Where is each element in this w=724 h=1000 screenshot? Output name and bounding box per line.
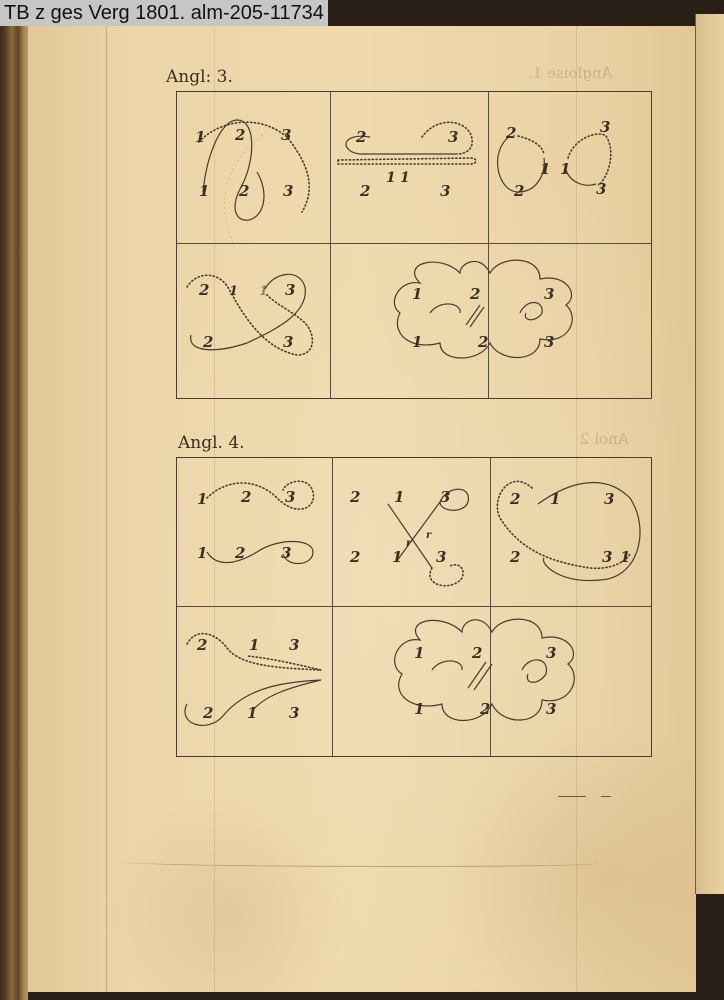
- svg-text:2: 2: [234, 126, 245, 144]
- figure-3d: 2 1 1 3 2 3: [177, 243, 331, 398]
- svg-text:3: 3: [281, 544, 291, 562]
- svg-text:3: 3: [289, 704, 299, 722]
- svg-text:2: 2: [469, 285, 480, 303]
- figure-3a: 1 2 3 1 2 3: [177, 92, 331, 244]
- svg-text:2: 2: [479, 700, 490, 718]
- svg-text:2: 2: [505, 124, 516, 142]
- svg-text:1: 1: [392, 548, 402, 566]
- svg-text:1: 1: [247, 704, 257, 722]
- printer-mark: [601, 796, 611, 797]
- svg-text:3: 3: [281, 126, 291, 144]
- svg-text:3: 3: [285, 488, 295, 506]
- svg-text:r: r: [426, 530, 432, 541]
- svg-text:2: 2: [509, 548, 520, 566]
- svg-text:1: 1: [412, 285, 422, 303]
- figure-4a: 1 2 3 1 2 3: [177, 458, 333, 607]
- svg-text:3: 3: [285, 281, 295, 299]
- svg-text:3: 3: [544, 333, 554, 351]
- svg-text:r: r: [406, 538, 412, 549]
- section-title-angl-4: Angl. 4.: [178, 433, 245, 453]
- book-page: Angloise 1. Anol 2 Angl: 3. 1 2 3 1 2 3: [28, 26, 696, 992]
- svg-text:1: 1: [412, 333, 422, 351]
- figure-4d: 2 1 3 2 1 3: [177, 606, 333, 756]
- svg-text:3: 3: [596, 180, 606, 198]
- svg-text:2: 2: [359, 182, 370, 200]
- svg-text:3: 3: [546, 644, 556, 662]
- svg-text:3: 3: [283, 333, 293, 351]
- svg-text:3: 3: [602, 548, 612, 566]
- svg-text:2: 2: [471, 644, 482, 662]
- figure-4b: 2 1 3 2 1 3 r r: [332, 458, 491, 607]
- section-title-angl-3: Angl: 3.: [166, 67, 233, 87]
- svg-text:2: 2: [477, 333, 488, 351]
- svg-text:3: 3: [448, 128, 458, 146]
- paper-tear: [118, 858, 598, 867]
- figure-plate-angl-4: 1 2 3 1 2 3 2 1 3 2 1 3 r r: [176, 457, 652, 757]
- book-spine-edge: [0, 26, 30, 1000]
- image-caption: TB z ges Verg 1801. alm-205-11734: [0, 0, 328, 26]
- figure-3e: 1 2 3 1 2 3: [330, 243, 651, 398]
- svg-text:2: 2: [513, 182, 524, 200]
- adjacent-page-edge: [695, 14, 724, 894]
- svg-text:1: 1: [400, 170, 410, 186]
- figure-plate-angl-3: 1 2 3 1 2 3 2 3 1 1 2 3: [176, 91, 652, 399]
- svg-text:1: 1: [550, 490, 560, 508]
- svg-text:2: 2: [509, 490, 520, 508]
- svg-text:1: 1: [386, 170, 396, 186]
- figure-3c: 2 3 1 1 2 3: [488, 92, 651, 244]
- svg-text:3: 3: [546, 700, 556, 718]
- svg-text:2: 2: [349, 548, 360, 566]
- svg-text:1: 1: [195, 128, 205, 146]
- svg-text:2: 2: [234, 544, 245, 562]
- svg-text:1: 1: [197, 490, 207, 508]
- svg-text:3: 3: [544, 285, 554, 303]
- fold-line: [106, 26, 107, 992]
- svg-text:2: 2: [349, 488, 360, 506]
- svg-text:3: 3: [440, 182, 450, 200]
- svg-text:3: 3: [283, 182, 293, 200]
- svg-text:2: 2: [198, 281, 209, 299]
- svg-text:2: 2: [238, 182, 249, 200]
- svg-text:3: 3: [289, 636, 299, 654]
- svg-text:1: 1: [229, 284, 238, 299]
- svg-text:3: 3: [600, 118, 610, 136]
- svg-text:1: 1: [199, 182, 209, 200]
- svg-text:2: 2: [196, 636, 207, 654]
- svg-text:1: 1: [414, 644, 424, 662]
- svg-text:2: 2: [355, 128, 366, 146]
- svg-text:3: 3: [436, 548, 446, 566]
- svg-text:1: 1: [249, 636, 259, 654]
- figure-4e: 1 2 3 1 2 3: [332, 606, 651, 756]
- svg-text:1: 1: [197, 544, 207, 562]
- figure-4c: 2 1 3 2 3 1: [490, 458, 651, 607]
- svg-text:1: 1: [259, 284, 268, 299]
- svg-text:1: 1: [540, 160, 550, 178]
- svg-text:3: 3: [604, 490, 614, 508]
- show-through-heading: Angloise 1.: [528, 64, 612, 82]
- show-through-heading: Anol 2: [580, 430, 629, 448]
- svg-text:1: 1: [560, 160, 570, 178]
- printer-mark: [558, 796, 586, 797]
- svg-text:2: 2: [240, 488, 251, 506]
- svg-text:2: 2: [202, 704, 213, 722]
- svg-text:2: 2: [202, 333, 213, 351]
- svg-text:3: 3: [440, 488, 450, 506]
- svg-text:1: 1: [620, 548, 630, 566]
- binding-shadow: [28, 992, 724, 1000]
- figure-3b: 2 3 1 1 2 3: [330, 92, 489, 244]
- svg-text:1: 1: [414, 700, 424, 718]
- svg-text:1: 1: [394, 488, 404, 506]
